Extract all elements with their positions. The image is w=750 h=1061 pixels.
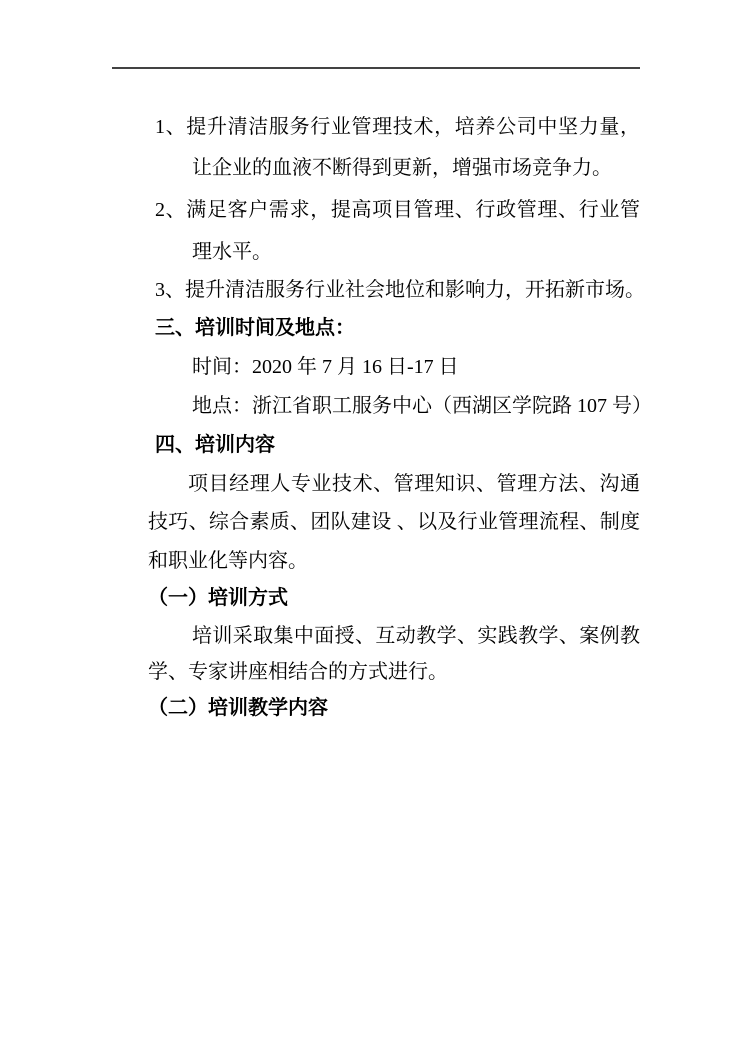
list-item-2-line-2: 理水平。 xyxy=(192,240,272,264)
section-heading-four: 四、培训内容 xyxy=(155,433,275,457)
training-location: 地点：浙江省职工服务中心（西湖区学院路 107 号） xyxy=(192,394,652,418)
training-content-line-1: 项目经理人专业技术、管理知识、管理方法、沟通 xyxy=(188,472,640,496)
training-method-line-2: 学、专家讲座相结合的方式进行。 xyxy=(148,660,448,684)
section-heading-three: 三、培训时间及地点： xyxy=(155,316,355,340)
subsection-heading-two: （二）培训教学内容 xyxy=(148,696,328,720)
list-item-3: 3、提升清洁服务行业社会地位和影响力，开拓新市场。 xyxy=(155,278,645,302)
training-time: 时间：2020 年 7 月 16 日-17 日 xyxy=(192,355,459,379)
training-content-line-2: 技巧、综合素质、团队建设 、以及行业管理流程、制度 xyxy=(148,510,640,534)
list-item-1-line-1: 1、提升清洁服务行业管理技术，培养公司中坚力量， xyxy=(155,115,640,139)
list-item-1-line-2: 让企业的血液不断得到更新，增强市场竞争力。 xyxy=(192,156,612,180)
header-rule xyxy=(112,67,640,69)
training-method-line-1: 培训采取集中面授、互动教学、实践教学、案例教 xyxy=(192,624,640,648)
training-content-line-3: 和职业化等内容。 xyxy=(148,549,308,573)
subsection-heading-one: （一）培训方式 xyxy=(148,586,288,610)
list-item-2-line-1: 2、满足客户需求，提高项目管理、行政管理、行业管 xyxy=(155,198,640,222)
document-page: 1、提升清洁服务行业管理技术，培养公司中坚力量， 让企业的血液不断得到更新，增强… xyxy=(0,0,750,1061)
